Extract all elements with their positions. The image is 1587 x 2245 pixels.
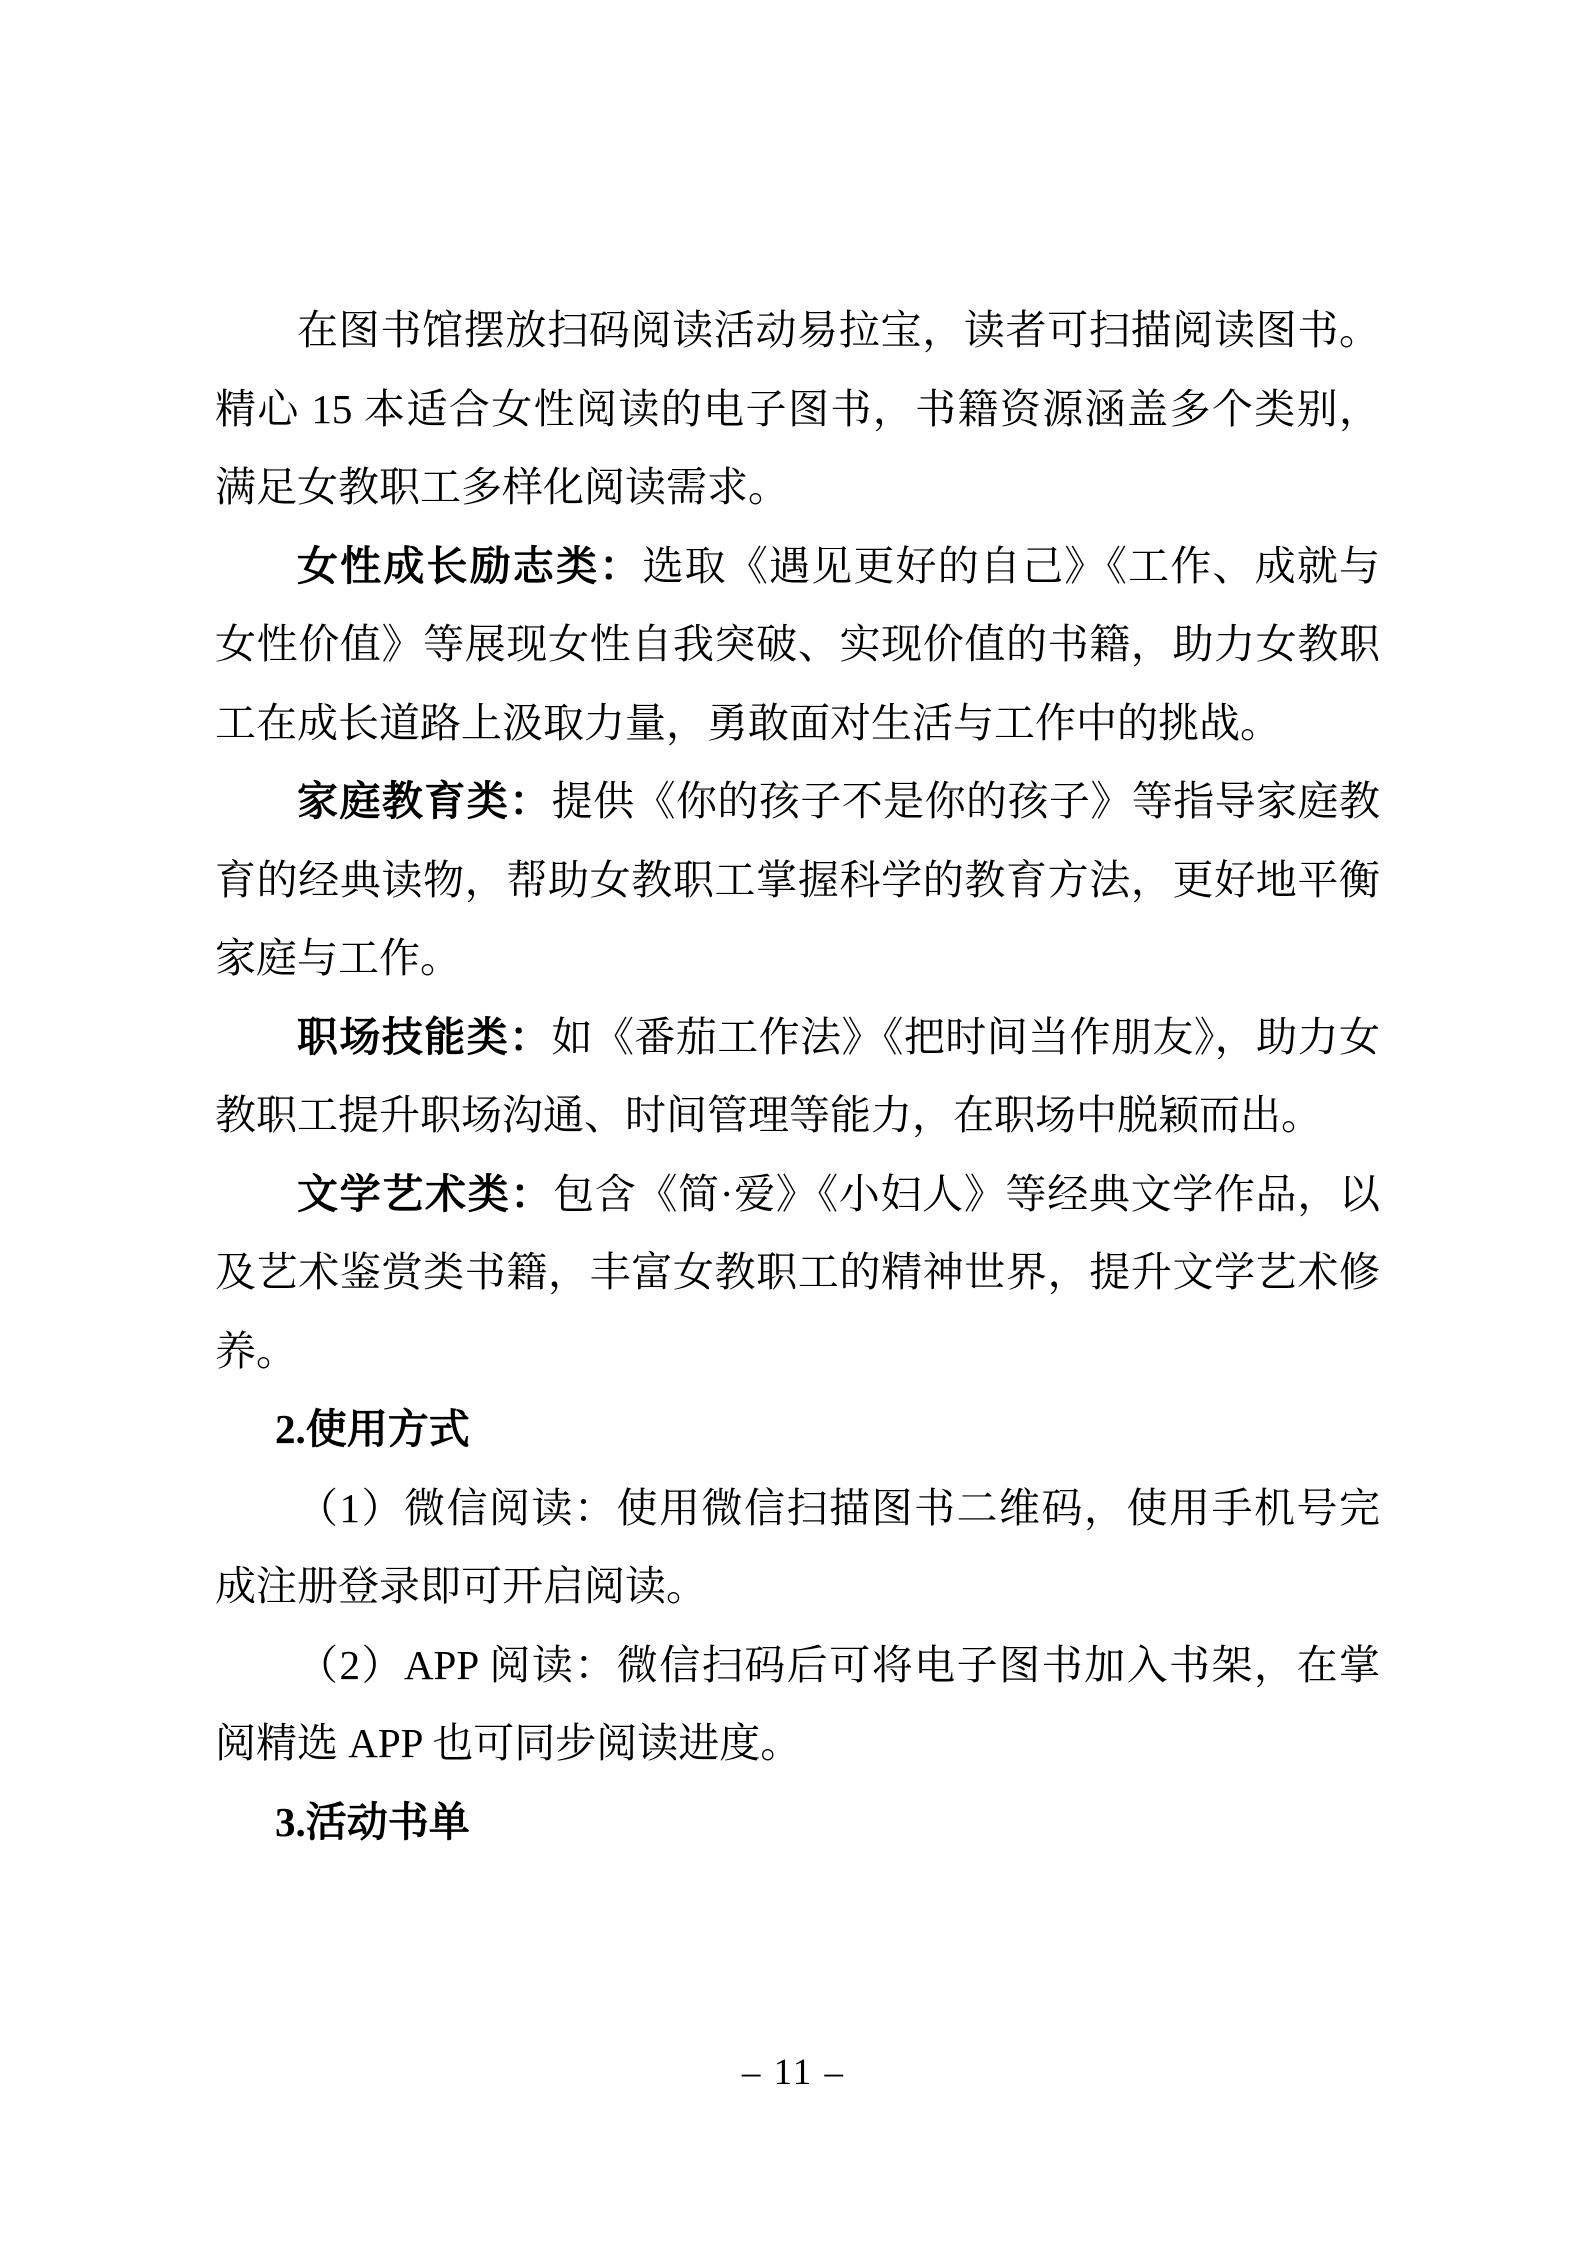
category-label-growth: 女性成长励志类： bbox=[297, 543, 642, 589]
paragraph-category-family-education: 家庭教育类：提供《你的孩子不是你的孩子》等指导家庭教育的经典读物，帮助女教职工掌… bbox=[215, 762, 1380, 998]
page-footer: – 11 – bbox=[0, 2051, 1587, 2095]
category-label-family-education: 家庭教育类： bbox=[297, 778, 552, 824]
category-label-literature-art: 文学艺术类： bbox=[297, 1171, 553, 1217]
category-label-workplace-skills: 职场技能类： bbox=[297, 1014, 552, 1060]
heading-usage-method: 2.使用方式 bbox=[215, 1390, 1380, 1469]
heading-activity-booklist: 3.活动书单 bbox=[215, 1783, 1380, 1862]
paragraph-category-workplace-skills: 职场技能类：如《番茄工作法》《把时间当作朋友》，助力女教职工提升职场沟通、时间管… bbox=[215, 998, 1380, 1155]
paragraph-category-growth: 女性成长励志类：选取《遇见更好的自己》《工作、成就与女性价值》等展现女性自我突破… bbox=[215, 527, 1380, 763]
paragraph-usage-app-reading: （2）APP 阅读：微信扫码后可将电子图书加入书架，在掌阅精选 APP 也可同步… bbox=[215, 1626, 1380, 1783]
document-content: 在图书馆摆放扫码阅读活动易拉宝，读者可扫描阅读图书。精心 15 本适合女性阅读的… bbox=[215, 291, 1380, 1861]
paragraph-intro: 在图书馆摆放扫码阅读活动易拉宝，读者可扫描阅读图书。精心 15 本适合女性阅读的… bbox=[215, 291, 1380, 527]
document-page: 在图书馆摆放扫码阅读活动易拉宝，读者可扫描阅读图书。精心 15 本适合女性阅读的… bbox=[0, 0, 1587, 2245]
paragraph-usage-wechat-reading: （1）微信阅读：使用微信扫描图书二维码，使用手机号完成注册登录即可开启阅读。 bbox=[215, 1469, 1380, 1626]
paragraph-category-literature-art: 文学艺术类：包含《简·爱》《小妇人》等经典文学作品，以及艺术鉴赏类书籍，丰富女教… bbox=[215, 1155, 1380, 1391]
page-number: – 11 – bbox=[742, 2052, 845, 2093]
